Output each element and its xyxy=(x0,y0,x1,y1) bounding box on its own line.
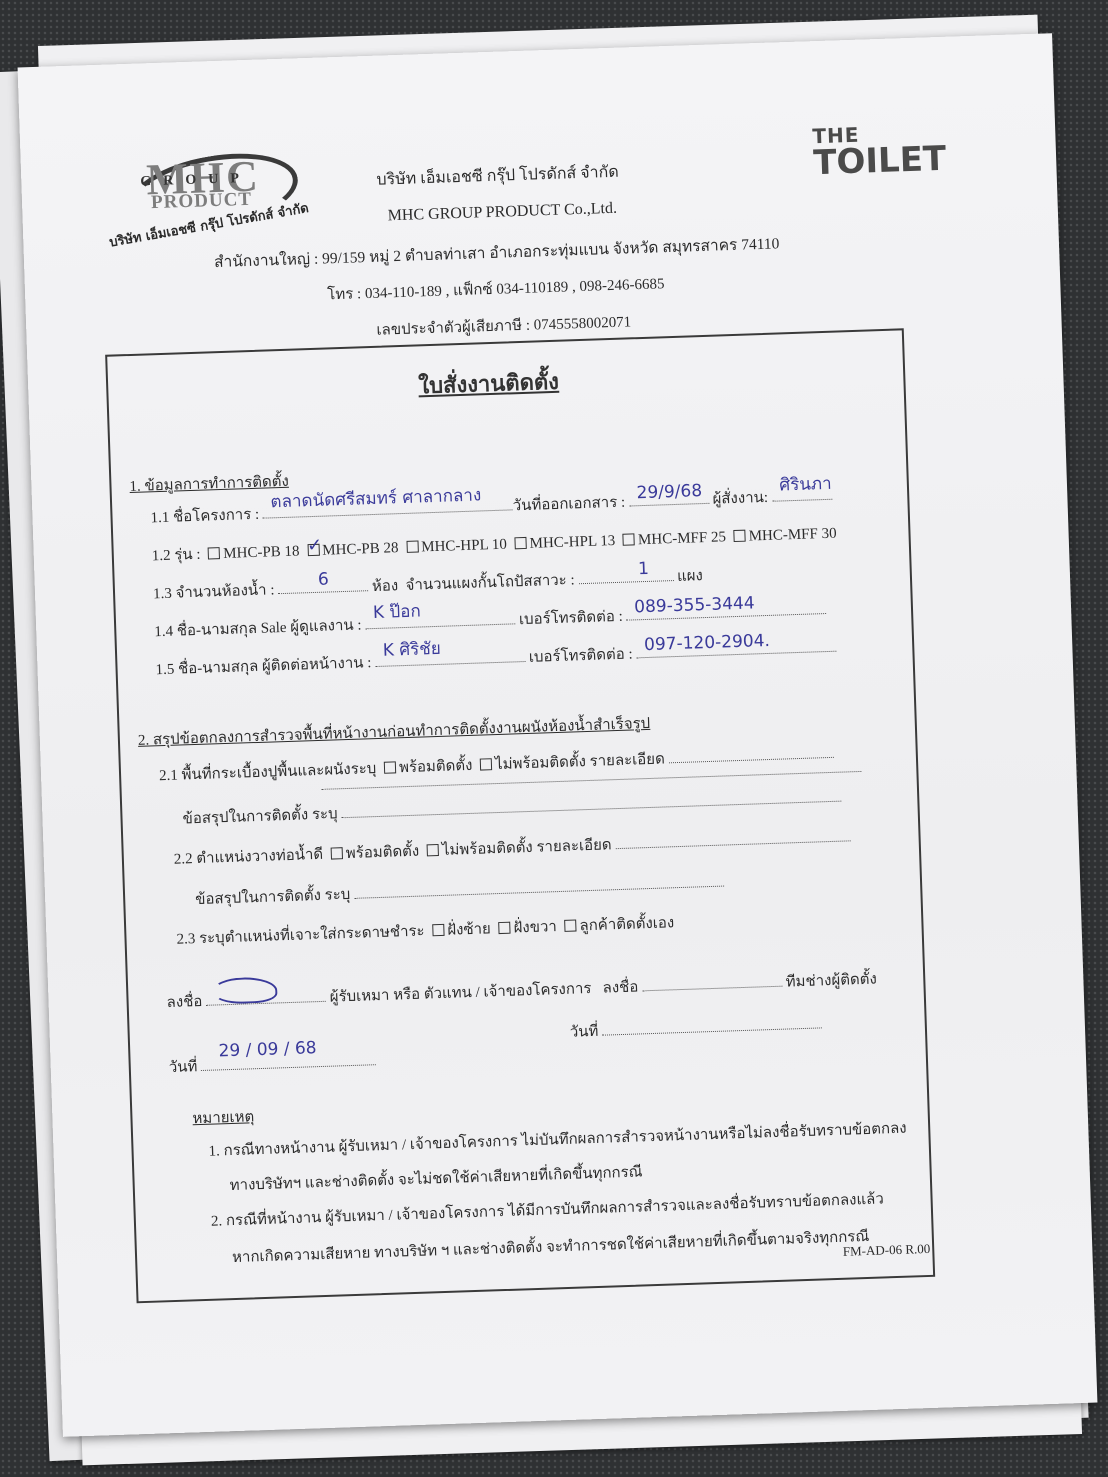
installer-signature-field[interactable] xyxy=(642,972,782,992)
contractor-date-field[interactable]: 29 / 09 / 68 xyxy=(201,1050,376,1071)
mhc-logo: MHC GROUP PRODUCT บริษัท เอ็มเอชซี กรุ๊ป… xyxy=(106,153,319,250)
item23-option-label: ลูกค้าติดตั้งเอง xyxy=(579,915,674,934)
urinal-unit: แผง xyxy=(677,568,703,585)
item22-ready-checkbox[interactable] xyxy=(331,847,343,859)
item22-summary-field[interactable] xyxy=(354,872,724,899)
ready-label: พร้อมติดตั้ง xyxy=(346,844,420,862)
model-checkbox[interactable] xyxy=(208,547,220,559)
date-label: วันที่ xyxy=(169,1059,198,1076)
item23-checkbox[interactable] xyxy=(432,924,444,936)
installation-order-document: MHC GROUP PRODUCT บริษัท เอ็มเอชซี กรุ๊ป… xyxy=(18,33,1098,1437)
contractor-date-row: วันที่ 29 / 09 / 68 xyxy=(168,1048,376,1079)
model-checkbox[interactable] xyxy=(623,533,635,545)
item22-detail-field[interactable] xyxy=(615,826,850,849)
summary-label: ข้อสรุปในการติดตั้ง ระบุ xyxy=(195,887,351,908)
sign-label: ลงชื่อ xyxy=(166,994,202,1011)
section2-heading: 2. สรุปข้อตกลงการสำรวจพื้นที่หน้างานก่อน… xyxy=(138,711,651,752)
ordered-by-value: ศิรินภา xyxy=(779,470,832,499)
company-name-thai: บริษัท เอ็มเอชซี กรุ๊ป โปรดักส์ จำกัด xyxy=(376,160,619,193)
summary-label: ข้อสรุปในการติดตั้ง ระบุ xyxy=(182,806,338,827)
sale-phone-value: 089-355-3444 xyxy=(634,593,755,617)
rooms-field[interactable]: 6 xyxy=(278,576,368,594)
model-option-label: MHC-HPL 10 xyxy=(421,536,511,555)
sign-label: ลงชื่อ xyxy=(602,979,638,996)
installer-date-row: วันที่ xyxy=(569,1011,822,1043)
contractor-role: ผู้รับเหมา หรือ ตัวแทน / เจ้าของโครงการ xyxy=(330,981,592,1006)
site-contact-field[interactable]: K ศิริชัย xyxy=(375,647,525,667)
issue-date-label: วันที่ออกเอกสาร : xyxy=(513,495,626,515)
model-label: 1.2 รุ่น : xyxy=(152,547,201,565)
model-options: MHC-PB 18 MHC-PB 28 MHC-HPL 10 MHC-HPL 1… xyxy=(204,526,837,563)
item23-checkbox[interactable] xyxy=(498,922,510,934)
signature-row: ลงชื่อ ผู้รับเหมา หรือ ตัวแทน / เจ้าของโ… xyxy=(166,967,877,1015)
date-label: วันที่ xyxy=(570,1024,599,1041)
item23-label: 2.3 ระบุตำแหน่งที่เจาะใส่กระดาษชำระ xyxy=(176,924,425,948)
model-option-label: MHC-PB 28 xyxy=(322,540,403,559)
form-frame: ใบสั่งงานติดตั้ง 1. ข้อมูลการทำการติดตั้… xyxy=(105,328,935,1303)
model-option-label: MHC-PB 18 xyxy=(223,543,304,562)
item23-checkbox[interactable] xyxy=(564,919,576,931)
installer-date-field[interactable] xyxy=(602,1013,822,1035)
ordered-by-field[interactable]: ศิรินภา xyxy=(771,485,831,502)
the-toilet-logo: THE TOILET xyxy=(812,122,947,180)
contractor-date-value: 29 / 09 / 68 xyxy=(218,1038,317,1061)
model-row: 1.2 รุ่น : MHC-PB 18 MHC-PB 28 MHC-HPL 1… xyxy=(151,521,837,568)
model-checkbox[interactable] xyxy=(733,530,745,542)
site-phone-label: เบอร์โทรติดต่อ : xyxy=(529,646,633,665)
company-name-en: MHC GROUP PRODUCT Co.,Ltd. xyxy=(387,200,617,226)
installer-role: ทีมช่างผู้ติดตั้ง xyxy=(786,972,878,991)
site-contact-value: K ศิริชัย xyxy=(382,635,441,664)
urinal-field[interactable]: 1 xyxy=(578,566,673,584)
urinal-value: 1 xyxy=(638,559,649,579)
note1-line2: ทางบริษัทฯ และช่างติดตั้ง จะไม่ชดใช้ค่าเ… xyxy=(229,1159,643,1197)
company-contact: โทร : 034-110-189 , แฟ็กซ์ 034-110189 , … xyxy=(327,271,665,306)
model-option-label: MHC-HPL 13 xyxy=(529,533,619,552)
item23-options: ฝั่งซ้าย ฝั่งขวา ลูกค้าติดตั้งเอง xyxy=(428,915,674,939)
brand-line2: TOILET xyxy=(813,142,947,180)
project-label: 1.1 ชื่อโครงการ : xyxy=(150,507,259,527)
model-option-label: MHC-MFF 25 xyxy=(638,529,730,548)
note1-line1: 1. กรณีทางหน้างาน ผู้รับเหมา / เจ้าของโค… xyxy=(208,1116,907,1163)
item23-option-label: ฝั่งขวา xyxy=(513,919,560,937)
item23-row: 2.3 ระบุตำแหน่งที่เจาะใส่กระดาษชำระ ฝั่ง… xyxy=(176,910,674,950)
form-title: ใบสั่งงานติดตั้ง xyxy=(418,364,560,404)
item22-not-ready-checkbox[interactable] xyxy=(427,844,439,856)
site-contact-row: 1.5 ชื่อ-นามสกุล ผู้ติดต่อหน้างาน : K ศิ… xyxy=(155,635,836,682)
issue-date-value: 29/9/68 xyxy=(636,481,702,503)
model-checkbox[interactable] xyxy=(514,537,526,549)
rooms-label: 1.3 จำนวนห้องน้ำ : xyxy=(153,582,275,602)
note2-line2: หากเกิดความเสียหาย ทางบริษัท ฯ และช่างติ… xyxy=(232,1224,870,1269)
sale-field[interactable]: K ป๊อก xyxy=(365,609,515,629)
notes-heading: หมายเหตุ xyxy=(192,1104,255,1130)
site-contact-label: 1.5 ชื่อ-นามสกุล ผู้ติดต่อหน้างาน : xyxy=(155,655,371,678)
ordered-by-label: ผู้สั่งงาน: xyxy=(712,490,768,508)
sale-phone-label: เบอร์โทรติดต่อ : xyxy=(519,609,623,628)
detail-label: รายละเอียด xyxy=(536,837,612,855)
item22-summary-row: ข้อสรุปในการติดตั้ง ระบุ xyxy=(195,870,724,912)
model-checkbox[interactable] xyxy=(406,541,418,553)
issue-date-field[interactable]: 29/9/68 xyxy=(629,489,709,507)
item22-label: 2.2 ตำแหน่งวางท่อน้ำดี xyxy=(174,847,324,868)
form-code: FM-AD-06 R.00 xyxy=(843,1241,931,1260)
item23-option-label: ฝั่งซ้าย xyxy=(447,921,495,939)
model-checkbox[interactable] xyxy=(307,544,319,556)
signature-scribble-icon xyxy=(213,976,278,1004)
sale-phone-field[interactable]: 089-355-3444 xyxy=(626,599,826,621)
project-value: ตลาดนัดศรีสมทร์ ศาลากลาง xyxy=(270,481,482,515)
not-ready-label: ไม่พร้อมติดตั้ง xyxy=(442,840,533,859)
section1-heading: 1. ข้อมูลการทำการติดตั้ง xyxy=(129,469,289,498)
site-phone-field[interactable]: 097-120-2904. xyxy=(636,637,836,659)
rooms-value: 6 xyxy=(318,570,329,590)
model-option-label: MHC-MFF 30 xyxy=(748,526,836,545)
company-tax-id: เลขประจำตัวผู้เสียภาษี : 0745558002071 xyxy=(376,309,631,341)
rooms-unit: ห้อง xyxy=(372,578,399,595)
sale-label: 1.4 ชื่อ-นามสกุล Sale ผู้ดูแลงาน : xyxy=(154,617,362,640)
item22-row: 2.2 ตำแหน่งวางท่อน้ำดี พร้อมติดตั้ง ไม่พ… xyxy=(173,824,850,870)
rooms-row: 1.3 จำนวนห้องน้ำ : 6 ห้อง จำนวนแผงกั้นโถ… xyxy=(153,563,704,605)
project-field[interactable]: ตลาดนัดศรีสมทร์ ศาลากลาง xyxy=(263,495,513,518)
contractor-signature-field[interactable] xyxy=(206,987,326,1006)
site-phone-value: 097-120-2904. xyxy=(644,631,770,655)
sale-value: K ป๊อก xyxy=(372,597,421,626)
urinal-label: จำนวนแผงกั้นโถปัสสาวะ : xyxy=(405,572,575,594)
